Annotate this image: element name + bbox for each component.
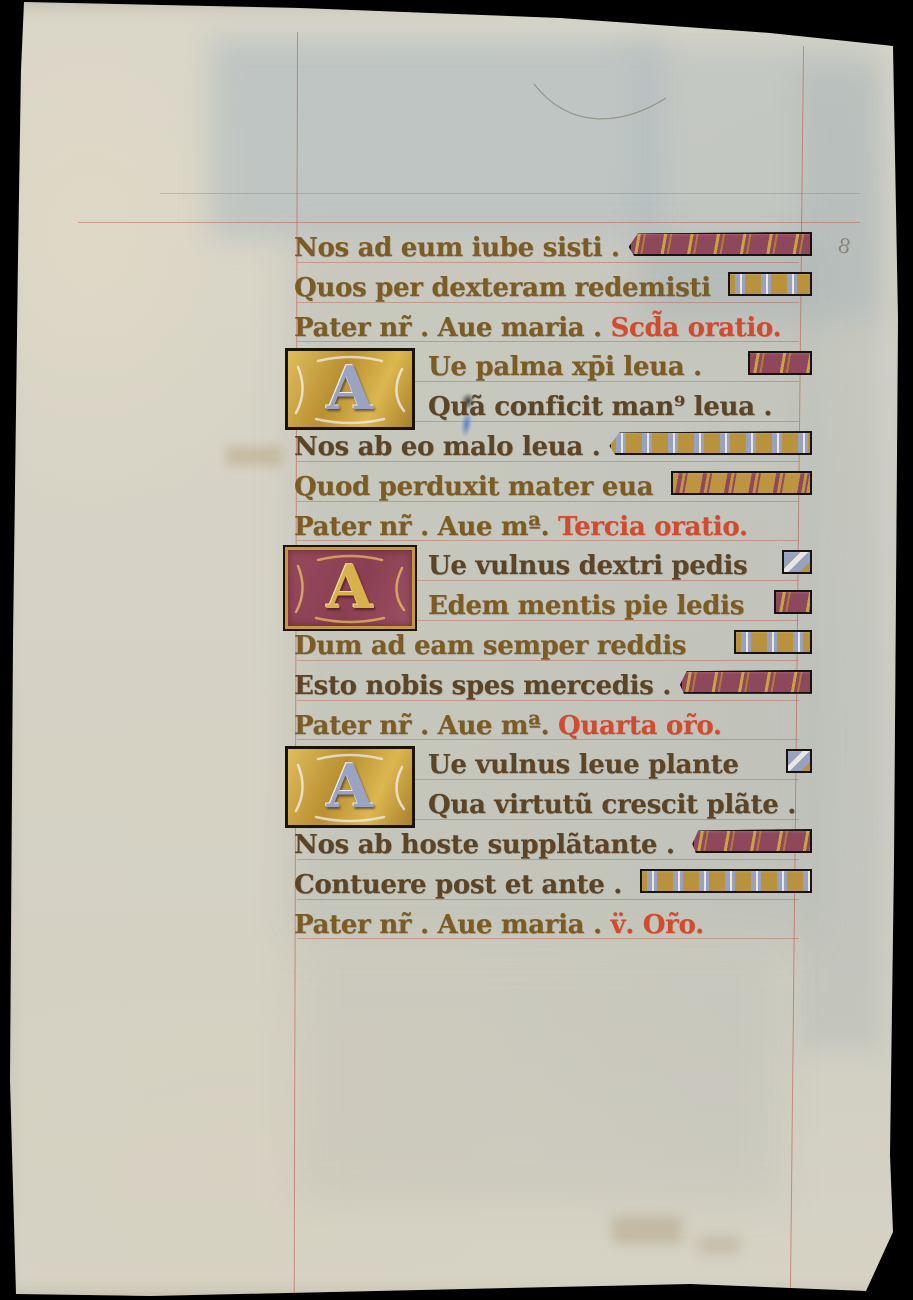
line-filler-ornament	[629, 232, 812, 256]
line-filler-ornament	[640, 869, 812, 893]
verse-text: Edem mentis pie ledis	[428, 593, 753, 623]
line-filler-ornament	[734, 630, 812, 654]
initial-flourish	[288, 351, 412, 427]
verse-text: Pater nr̃ . Aue mª.	[294, 713, 558, 743]
verse-text: Esto nobis spes mercedis .	[294, 673, 671, 703]
show-through-bottom	[300, 950, 780, 1200]
verse-text: Nos ab hoste supplãtante .	[294, 832, 683, 862]
verse-text: Pater nr̃ . Aue maria .	[294, 315, 610, 345]
text-line: Pater nr̃ . Aue mª. Quarta or̃o.	[294, 701, 812, 743]
text-line: Pater nr̃ . Aue mª. Tercia oratio.	[294, 502, 812, 544]
text-line: Quod perduxit mater eua	[294, 462, 812, 504]
line-filler-ornament	[782, 550, 812, 574]
verse-text: Ue vulnus leue plante	[428, 752, 747, 782]
line-filler-ornament	[774, 590, 812, 614]
rubric-text: Quarta or̃o.	[558, 713, 722, 743]
verse-text: Nos ad eum iube sisti .	[294, 235, 620, 265]
illuminated-initial: A	[285, 547, 415, 629]
line-filler-ornament	[680, 670, 812, 694]
line-filler-ornament	[786, 749, 812, 773]
verse-text: Quod perduxit mater eua	[294, 474, 662, 504]
text-line: Pater nr̃ . Aue maria . v̈. Or̃o.	[294, 900, 812, 942]
folio-pencil-mark: 8	[836, 233, 853, 259]
show-through-right-margin	[800, 70, 882, 1050]
verse-text: Nos ab eo malo leua .	[294, 434, 600, 464]
line-filler-ornament	[728, 272, 812, 296]
rubric-text: v̈. Or̃o.	[610, 912, 703, 942]
pencil-mark-arc	[520, 72, 680, 132]
illuminated-initial: A	[285, 746, 415, 828]
initial-flourish	[288, 550, 412, 626]
ruled-line-horizontal	[160, 193, 860, 194]
line-filler-ornament	[609, 431, 812, 455]
illuminated-initial: A	[285, 348, 415, 430]
verse-text: Ue vulnus dextri pedis	[428, 553, 756, 583]
line-filler-ornament	[748, 351, 812, 375]
verse-text: Contuere post et ante .	[294, 872, 631, 902]
rubric-text: Tercia oratio.	[558, 514, 748, 544]
line-filler-ornament	[671, 471, 812, 495]
rubric-text: Scd̃a oratio.	[610, 315, 781, 345]
verse-text: Ue palma xp̄i leua .	[428, 354, 711, 384]
bottom-smudge	[612, 1216, 682, 1244]
line-filler-ornament	[692, 829, 812, 853]
text-line: Quos per dexteram redemisti	[294, 263, 812, 305]
show-through-top	[210, 38, 660, 238]
margin-stain	[226, 446, 282, 466]
verse-text: Pater nr̃ . Aue maria .	[294, 912, 610, 942]
photo-background: 8 Nos ad eum iube sisti .Quos per dexter…	[0, 0, 913, 1300]
text-line: Nos ad eum iube sisti .	[294, 223, 812, 265]
text-line: Pater nr̃ . Aue maria . Scd̃a oratio.	[294, 303, 812, 345]
text-line: Esto nobis spes mercedis .	[294, 661, 812, 703]
verse-text: Qua virtutũ crescit plãte .	[428, 792, 796, 822]
verse-text: Pater nr̃ . Aue mª.	[294, 514, 558, 544]
verse-text: Quã conficit man⁹ leua .	[428, 394, 772, 424]
verse-text: Dum ad eam semper reddis	[294, 633, 695, 663]
initial-flourish	[288, 749, 412, 825]
text-line: Contuere post et ante .	[294, 860, 812, 902]
verse-text: Quos per dexteram redemisti	[294, 275, 719, 305]
bottom-smudge-2	[698, 1236, 740, 1254]
manuscript-page: 8 Nos ad eum iube sisti .Quos per dexter…	[0, 0, 913, 1300]
